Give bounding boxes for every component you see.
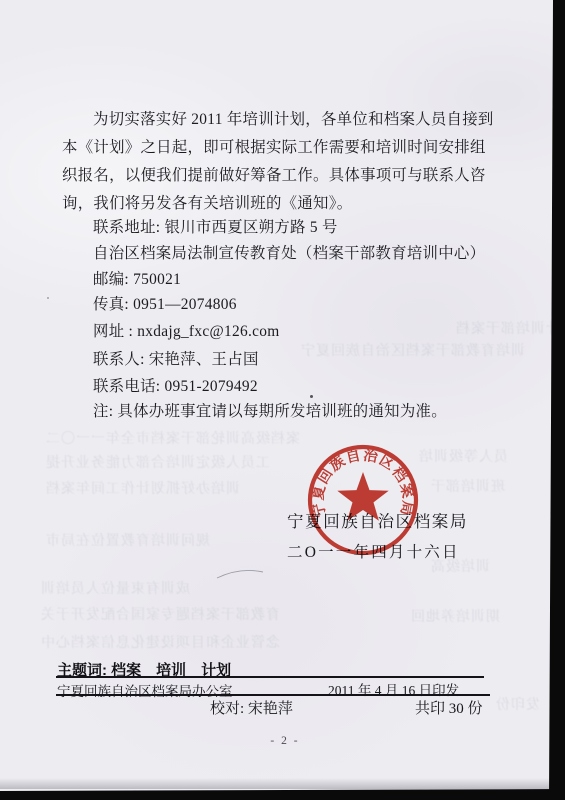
contact-phone-line: 联系电话: 0951-2079492	[93, 377, 258, 396]
body-line: 为切实落实好 2011 年培训计划，各单位和档案人员自接到	[93, 110, 494, 129]
bleedthrough-line: 训培办好抓划计作工间年案档	[45, 478, 240, 498]
bleedthrough-line: 发印份	[495, 694, 540, 714]
seal-star-icon	[337, 472, 388, 521]
paper-bottom-shadow	[0, 778, 565, 789]
body-line: 织报名，以便我们提前做好筹备工作。具体事项可与联系人咨	[62, 166, 486, 185]
note-line: 注: 具体办班事宜请以每期所发培训班的通知为准。	[93, 402, 447, 421]
bleedthrough-line: 成训有束量位人员培训	[40, 578, 190, 598]
contact-department-line: 自治区档案局法制宣传教育处（档案干部教育培训中心）	[93, 244, 485, 263]
bleedthrough-line: 班训培部干	[430, 476, 505, 496]
scan-speck	[310, 395, 313, 398]
contact-person-line: 联系人: 宋艳萍、王占国	[93, 350, 259, 369]
bleedthrough-line: 期训培养地回	[410, 606, 500, 626]
body-line: 本《计划》之日起，即可根据实际工作需要和培训时间安排组	[62, 138, 486, 157]
bleedthrough-line: 念管业企和目项设建化息信案档心中	[40, 632, 280, 652]
contact-fax-line: 传真: 0951—2074806	[93, 295, 237, 314]
bleedthrough-line: 训培育教部干案档区治自族回夏宁	[300, 340, 525, 360]
footer-rule-bottom	[56, 694, 490, 696]
print-date: 2011 年 4 月 16 日印发	[328, 679, 459, 699]
bleedthrough-line: 工员人级定训培合部力能务业升提	[45, 452, 270, 472]
official-seal: 宁夏回族自治区档案局	[298, 435, 428, 565]
scanned-document-page: 划计训培部干案档 训培育教部干案档区治自族回夏宁 员人等级训培 案档级高训轮部干…	[0, 0, 565, 800]
bleedthrough-line: 育教部干案档题专家国合配发开于关	[40, 604, 280, 624]
proofreader: 校对: 宋艳萍	[210, 697, 293, 718]
scan-black-edge-bottom	[0, 789, 565, 800]
bleedthrough-line: 划计训培部干案档	[455, 318, 565, 338]
scan-speck	[47, 297, 49, 299]
contact-address-line: 联系地址: 银川市西夏区朔方路 5 号	[93, 218, 338, 237]
contact-web-line: 网址 : nxdajg_fxc@126.com	[93, 322, 280, 341]
copies-count: 共印 30 份	[415, 697, 483, 718]
body-line: 询，我们将另发各有关培训班的《通知》。	[62, 194, 352, 213]
contact-postcode-line: 邮编: 750021	[93, 270, 181, 289]
bleedthrough-line: 案档级高训轮部干案档市全年一一〇二	[45, 428, 300, 448]
issuing-office: 宁夏回族自治区档案局办公室	[57, 680, 233, 700]
bleedthrough-line: 规问训培育教置位在局市	[45, 530, 210, 550]
bleedthrough-line: 员人等级训培	[418, 446, 508, 466]
page-number: - 2 -	[255, 735, 315, 747]
footer-rule-top	[56, 676, 484, 678]
scan-black-edge-right	[549, 0, 565, 800]
